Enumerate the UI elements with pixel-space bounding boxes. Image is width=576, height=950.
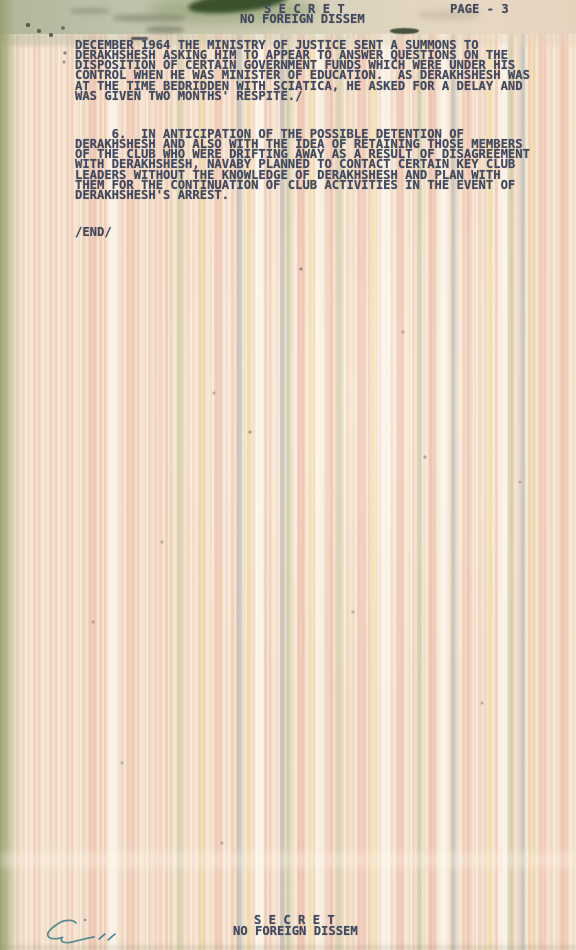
- dark-lens-smudge: [390, 28, 419, 34]
- handling-caveat-footer: NO FOREIGN DISSEM: [233, 926, 358, 936]
- paper-crease: [0, 852, 576, 868]
- left-edge-scan-band: [0, 0, 22, 950]
- scanned-document-page: S E C R E T PAGE - 3 NO FOREIGN DISSEM D…: [0, 0, 576, 950]
- paragraph-6: 6. IN ANTICIPATION OF THE POSSIBLE DETEN…: [75, 129, 530, 200]
- paper-speckles: [0, 0, 2, 2]
- page-number: PAGE - 3: [450, 4, 509, 14]
- end-marker: /END/: [75, 227, 112, 237]
- scan-smudge: [146, 26, 184, 33]
- paragraph-continuation: DECEMBER 1964 THE MINISTRY OF JUSTICE SE…: [75, 40, 530, 101]
- handwritten-ink-mark: [28, 912, 128, 947]
- scan-smudge: [70, 8, 110, 14]
- scan-smudge: [113, 14, 185, 22]
- handling-caveat-header: NO FOREIGN DISSEM: [240, 14, 365, 24]
